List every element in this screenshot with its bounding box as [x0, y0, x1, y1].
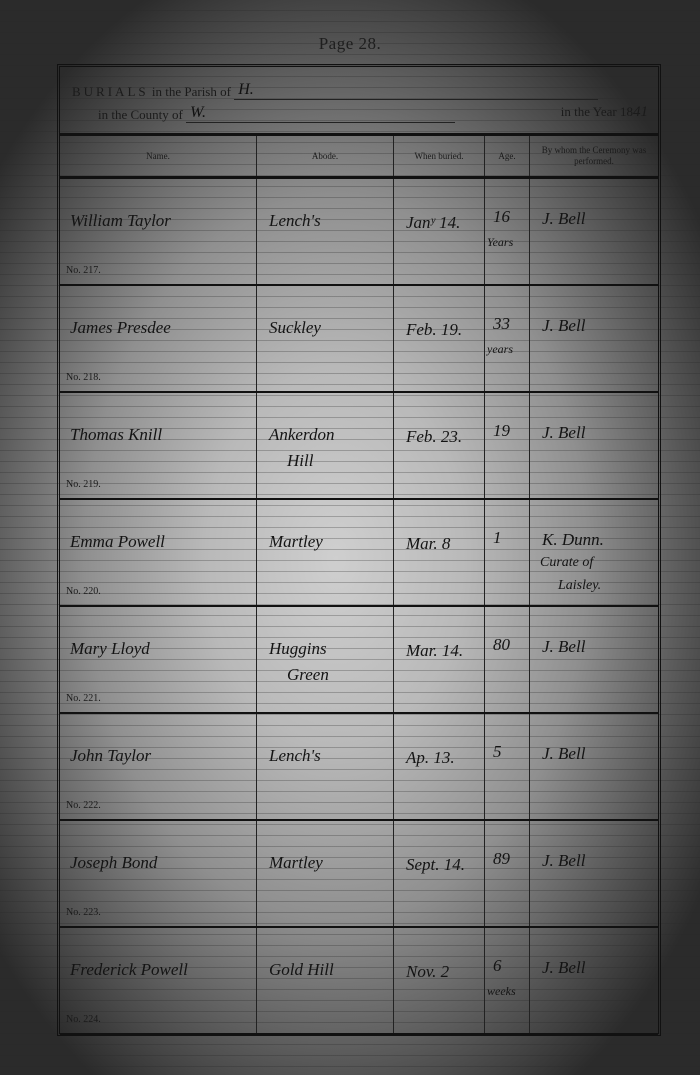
entry-age: 6	[493, 956, 502, 976]
age-cell: 19	[485, 393, 530, 498]
entries-list: William Taylor No. 217. Lench's Janʸ 14.…	[60, 179, 658, 1035]
by-whom-cell: J. Bell	[530, 393, 658, 498]
entry-officiant: J. Bell	[542, 958, 585, 978]
table-row: Mary Lloyd No. 221. Huggins Green Mar. 1…	[60, 607, 658, 714]
abode-cell: Martley	[257, 821, 394, 926]
entry-number: No. 222.	[66, 800, 101, 811]
entry-number: No. 223.	[66, 907, 101, 918]
age-cell: 89	[485, 821, 530, 926]
by-whom-cell: J. Bell	[530, 714, 658, 819]
table-row: Thomas Knill No. 219. Ankerdon Hill Feb.…	[60, 393, 658, 500]
entry-name: James Presdee	[70, 318, 171, 338]
column-header-by-whom: By whom the Ceremony was performed.	[530, 136, 658, 176]
abode-cell: Lench's	[257, 714, 394, 819]
abode-cell: Martley	[257, 500, 394, 605]
entry-number: No. 218.	[66, 372, 101, 383]
entry-age-unit: years	[487, 342, 513, 357]
when-buried-cell: Feb. 23.	[394, 393, 485, 498]
burial-register: BURIALS in the Parish of H. in the Count…	[57, 64, 661, 1036]
entry-number: No. 221.	[66, 693, 101, 704]
entry-number: No. 220.	[66, 586, 101, 597]
name-cell: Emma Powell No. 220.	[60, 500, 257, 605]
entry-name: Joseph Bond	[70, 853, 157, 873]
column-header-age: Age.	[485, 136, 530, 176]
burials-title: BURIALS	[72, 84, 149, 99]
year-value: 41	[633, 104, 648, 120]
entry-age: 80	[493, 635, 510, 655]
entry-officiant: J. Bell	[542, 316, 585, 336]
entry-age-unit: weeks	[487, 984, 516, 999]
age-cell: 5	[485, 714, 530, 819]
table-row: Frederick Powell No. 224. Gold Hill Nov.…	[60, 928, 658, 1035]
entry-officiant: K. Dunn.	[542, 530, 604, 550]
entry-age: 19	[493, 421, 510, 441]
name-cell: Thomas Knill No. 219.	[60, 393, 257, 498]
age-cell: 1	[485, 500, 530, 605]
year-label: in the Year 18	[561, 104, 633, 119]
entry-name: William Taylor	[70, 211, 171, 231]
entry-when-buried: Ap. 13.	[406, 748, 455, 768]
when-buried-cell: Mar. 8	[394, 500, 485, 605]
abode-cell: Huggins Green	[257, 607, 394, 712]
parish-label: in the Parish of	[152, 84, 231, 99]
entry-age: 16	[493, 207, 510, 227]
entry-name: Thomas Knill	[70, 425, 162, 445]
parish-value: H.	[234, 81, 598, 100]
column-header-abode: Abode.	[257, 136, 394, 176]
abode-cell: Gold Hill	[257, 928, 394, 1033]
parish-line: BURIALS in the Parish of H.	[72, 81, 598, 100]
abode-cell: Ankerdon Hill	[257, 393, 394, 498]
by-whom-cell: J. Bell	[530, 607, 658, 712]
entry-officiant: J. Bell	[542, 851, 585, 871]
column-header-row: Name. Abode. When buried. Age. By whom t…	[60, 133, 658, 179]
age-cell: 6 weeks	[485, 928, 530, 1033]
table-row: Emma Powell No. 220. Martley Mar. 8 1 K.…	[60, 500, 658, 607]
entry-abode: Lench's	[269, 211, 321, 231]
age-cell: 33 years	[485, 286, 530, 391]
entry-abode-cont: Hill	[287, 451, 313, 471]
entry-officiant-line2: Curate of	[540, 555, 593, 571]
entry-name: Emma Powell	[70, 532, 165, 552]
entry-when-buried: Mar. 14.	[406, 641, 463, 661]
entry-officiant: J. Bell	[542, 637, 585, 657]
entry-number: No. 219.	[66, 479, 101, 490]
entry-officiant: J. Bell	[542, 209, 585, 229]
by-whom-cell: J. Bell	[530, 821, 658, 926]
name-cell: James Presdee No. 218.	[60, 286, 257, 391]
county-value: W.	[186, 104, 455, 123]
when-buried-cell: Janʸ 14.	[394, 179, 485, 284]
when-buried-cell: Sept. 14.	[394, 821, 485, 926]
by-whom-cell: J. Bell	[530, 928, 658, 1033]
column-header-when-buried: When buried.	[394, 136, 485, 176]
entry-name: Frederick Powell	[70, 960, 188, 980]
county-line: in the County of W.	[98, 104, 455, 123]
entry-name: John Taylor	[70, 746, 151, 766]
entry-age: 1	[493, 528, 502, 548]
by-whom-cell: J. Bell	[530, 179, 658, 284]
register-heading: BURIALS in the Parish of H. in the Count…	[60, 67, 658, 133]
age-cell: 80	[485, 607, 530, 712]
by-whom-cell: K. Dunn. Curate of Laisley.	[530, 500, 658, 605]
county-label: in the County of	[98, 107, 183, 122]
entry-abode: Ankerdon	[269, 425, 334, 445]
name-cell: William Taylor No. 217.	[60, 179, 257, 284]
by-whom-cell: J. Bell	[530, 286, 658, 391]
entry-age: 33	[493, 314, 510, 334]
table-row: James Presdee No. 218. Suckley Feb. 19. …	[60, 286, 658, 393]
abode-cell: Lench's	[257, 179, 394, 284]
page-number: Page 28.	[0, 34, 700, 54]
entry-name: Mary Lloyd	[70, 639, 150, 659]
table-row: Joseph Bond No. 223. Martley Sept. 14. 8…	[60, 821, 658, 928]
name-cell: John Taylor No. 222.	[60, 714, 257, 819]
entry-when-buried: Feb. 23.	[406, 427, 462, 447]
entry-abode: Huggins	[269, 639, 327, 659]
entry-abode: Gold Hill	[269, 960, 334, 980]
age-cell: 16 Years	[485, 179, 530, 284]
entry-when-buried: Janʸ 14.	[406, 213, 460, 233]
entry-when-buried: Mar. 8	[406, 534, 450, 554]
entry-abode: Suckley	[269, 318, 321, 338]
year-line: in the Year 1841	[561, 104, 648, 121]
entry-officiant-line3: Laisley.	[558, 578, 601, 594]
entry-age: 89	[493, 849, 510, 869]
when-buried-cell: Feb. 19.	[394, 286, 485, 391]
column-header-name: Name.	[60, 136, 257, 176]
name-cell: Joseph Bond No. 223.	[60, 821, 257, 926]
when-buried-cell: Ap. 13.	[394, 714, 485, 819]
entry-when-buried: Sept. 14.	[406, 855, 465, 875]
table-row: John Taylor No. 222. Lench's Ap. 13. 5 J…	[60, 714, 658, 821]
entry-when-buried: Nov. 2	[406, 962, 449, 982]
name-cell: Mary Lloyd No. 221.	[60, 607, 257, 712]
entry-officiant: J. Bell	[542, 423, 585, 443]
entry-abode-cont: Green	[287, 665, 329, 685]
when-buried-cell: Mar. 14.	[394, 607, 485, 712]
entry-abode: Martley	[269, 853, 323, 873]
entry-age: 5	[493, 742, 502, 762]
entry-when-buried: Feb. 19.	[406, 320, 462, 340]
entry-age-unit: Years	[487, 235, 513, 250]
table-row: William Taylor No. 217. Lench's Janʸ 14.…	[60, 179, 658, 286]
entry-officiant: J. Bell	[542, 744, 585, 764]
entry-abode: Martley	[269, 532, 323, 552]
abode-cell: Suckley	[257, 286, 394, 391]
entry-number: No. 217.	[66, 265, 101, 276]
entry-abode: Lench's	[269, 746, 321, 766]
name-cell: Frederick Powell No. 224.	[60, 928, 257, 1033]
entry-number: No. 224.	[66, 1014, 101, 1025]
when-buried-cell: Nov. 2	[394, 928, 485, 1033]
